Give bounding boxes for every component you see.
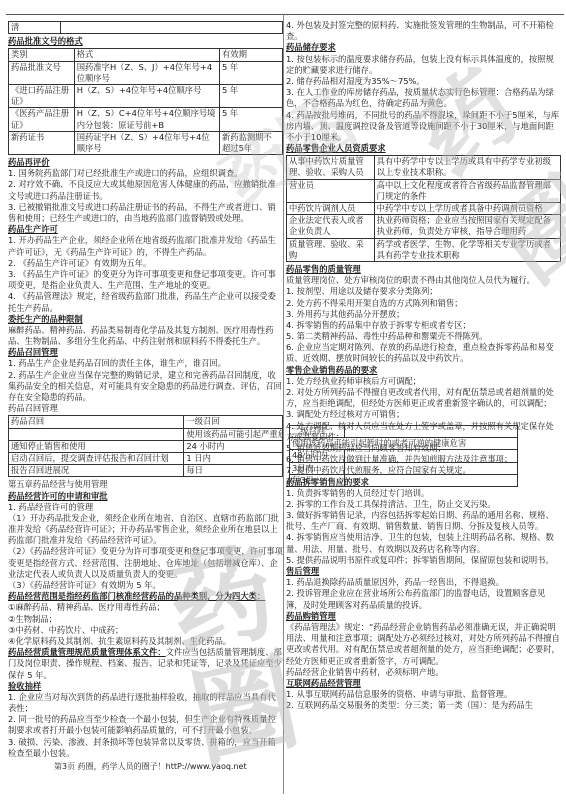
table-cell: 从事中药饮片质量管理、验收、采购人员 (287, 156, 375, 179)
paragraph: 2. 拆零的工作台及工具保持清洁、卫生，防止交叉污染。 (286, 499, 561, 510)
table-row: 从事中药饮片质量管理、验收、采购人员具有中药学中专以上学历或具有中药学专业初级以… (287, 156, 561, 179)
table-cell: 启动召回后，提交调查评估报告和召回计划 (9, 452, 184, 464)
table-row: 类别格式有效期 (9, 49, 283, 61)
table-cell: 3日内 (290, 462, 345, 474)
paragraph: 质量管理岗位、处方审核岗位的职责不得由其他岗位人员代为履行。 (286, 275, 561, 286)
table-row: 质量管理、验收、采购药学或者医学、生物、化学等相关专业学历或者具有药学专业技术职… (287, 238, 561, 261)
paragraph: 1. 企业应当对每次到货的药品进行逐批抽样验收，抽取的样品应当具有代表性； (8, 692, 283, 714)
paragraph: 3. 已被撤销批准文号或进口药品注册证书的药品，不得生产或者进口、销售和使用；已… (8, 202, 283, 224)
table-row: 使用该药品可能引起严重危害 (9, 428, 283, 440)
paragraph: （3）《药品经营许可证》有效期为 5 年。 (8, 580, 283, 591)
table-row: 3日内 (290, 462, 518, 474)
table-cell: 营业员 (287, 179, 375, 202)
paragraph: 2. 对处方所列药品不得擅自更改或者代用，对有配伍禁忌或者超剂量的处方，应当拒绝… (286, 387, 561, 409)
table-cell: 企业法定代表人或者企业负责人 (287, 215, 375, 238)
table-cell: 每日 (184, 465, 283, 477)
paragraph: 2. 互联网药品交易服务的类型：分三类；第一类（国）：是为药品生 (286, 700, 561, 711)
paragraph: 药品经营企业销售中药材，必须标明产地。 (286, 667, 561, 678)
table-cell: 类别 (9, 49, 75, 61)
paragraph: 2. 对疗效不确、不良反应大或其他原因危害人体健康的药品，应撤销批准文号或进口药… (8, 179, 283, 201)
paragraph: 2. 同一批号的药品应当至少检查一个最小包装，但生产企业有特殊质量控制要求或者打… (8, 714, 283, 736)
table-cell: 药品召回 (9, 416, 184, 428)
table-cell (344, 474, 517, 486)
paragraph: 4. 药品按批号堆码，不同批号的药品不得混垛，垛间距不小于5厘米，与库房内墙、顶… (286, 110, 561, 144)
section-heading: 药品生产许可 (8, 224, 283, 235)
table-cell (344, 450, 517, 462)
table-cell: 一级召回 (184, 416, 283, 428)
table-cell: 报告召回进展况 (9, 465, 184, 477)
table-cell: 5 年 (219, 61, 282, 84)
paragraph: 2. 《药品生产许可证》有效期为五年。 (8, 258, 283, 269)
table-cell: 新药监测期不超过5年 (219, 131, 282, 154)
paragraph: 4. 拆零销售应当使用洁净、卫生的包装，包装上注明药品名称、规格、数量、用法、用… (286, 532, 561, 554)
section-heading: 药品零售的质量管理 (286, 264, 561, 275)
paragraph: 3. 做好拆零销售记录，内容包括拆零起始日期、药品的通用名称、规格、批号、生产厂… (286, 510, 561, 532)
paragraph: 3. 外用药与其他药品分开摆放； (286, 309, 561, 320)
table-cell (9, 428, 184, 440)
section-heading: 药品召回管理 (8, 347, 283, 358)
table-cell: 使用该药品可能引起严重危害 (184, 428, 283, 440)
paragraph: 4. 《药品管理法》规定，经省级药监部门批准，药品生产企业可以接受委托生产药品。 (8, 291, 283, 313)
table-cell: 二级召回 (290, 426, 345, 438)
table-row: 中药饮片调剂人员中药学中专以上学历或者具备中药调剂员资格 (287, 203, 561, 215)
table-cell: 执业药师资格；企业应当按照国家有关规定配备执业药师，负责处方审核，指导合理用药 (374, 215, 560, 238)
section-heading: 药品再评价 (8, 157, 283, 168)
table-row: 营业员高中以上文化程度或者符合省级药品监督管理部门规定的条件 (287, 179, 561, 202)
paragraph: ③中药材、中药饮片、中成药； (8, 625, 283, 636)
table-row: 报告召回进展况每日 (9, 465, 283, 477)
table-cell: 国药准字H（Z、S、J）+4位年号+4位顺序号 (74, 61, 219, 84)
section-heading: 药品零售企业人员资质要求 (286, 143, 561, 154)
paragraph: 《药品管理法》规定：“药品经营企业销售药品必须准确无误，并正确说明用法、用量和注… (286, 622, 561, 667)
paragraph: 3. 调配处方经过核对方可销售； (286, 409, 561, 420)
stub-table: 清 (8, 21, 283, 34)
paragraph: 2. 储存药品相对湿度为35%～75%。 (286, 76, 561, 87)
table-cell: 质量管理、验收、采购 (287, 238, 375, 261)
paragraph: 2. 投诉管理企业应在营业场所公布药监部门的监督电话，设置顾客意见簿，及时处理顾… (286, 588, 561, 610)
table-cell: 5 年 (219, 84, 282, 107)
recall-table: 药品召回一级召回使用该药品可能引起严重危害通知停止销售和使用24 小时内启动召回… (8, 415, 283, 477)
table-cell: 中药饮片调剂人员 (287, 203, 375, 215)
paragraph: 1. 药品经营许可的管理 (8, 502, 283, 513)
paragraph: 6. 企业应当定期对陈列、存放的药品进行检查，重点检查拆零药品和易变质、近效期、… (286, 342, 561, 364)
bold-lead-text: 药品经营质量管理规范质量管理体系文件： (8, 647, 166, 657)
table-row: 《进口药品注册证》H（Z、S）+4位年号+4位顺序号5 年 (9, 84, 283, 107)
section-heading: 委托生产的品种限制 (8, 314, 283, 325)
paragraph: ④化学原料药及其制剂、抗生素原料药及其制剂、生化药品。 (8, 636, 283, 647)
left-column: 清药品批准文号的格式类别格式有效期药品批准文号国药准字H（Z、S、J）+4位年号… (8, 20, 283, 773)
paragraph: 第五章药品经营与使用管理 (8, 479, 283, 490)
table-cell: 48小时内 (290, 450, 345, 462)
table-cell (344, 462, 517, 474)
table-cell: 5 年 (219, 108, 282, 131)
section-heading: 药品经营许可的申请和审批 (8, 491, 283, 502)
paragraph: 4. 拆零销售的药品集中存放于拆零专柜或者专区； (286, 320, 561, 331)
table-row: 药品批准文号国药准字H（Z、S、J）+4位年号+4位顺序号5 年 (9, 61, 283, 84)
paragraph: （2）《药品经营许可证》变更分为许可事项变更和登记事项变更，许可事项变更是指经营… (8, 546, 283, 580)
paragraph: 5. 提供药品说明书原件或复印件；拆零销售期间，保留原包装和说明书。 (286, 555, 561, 566)
table-cell (344, 426, 517, 438)
paragraph: 1. 从事互联网药品信息服务的资格、申请与审批、监督管理。 (286, 689, 561, 700)
table-row: 《医药产品注册证》H（Z、S）C+4位年号+4位顺序号境内分包装：原证号前+B5… (9, 108, 283, 131)
table-cell: 药品批准文号 (9, 61, 75, 84)
paragraph: ②生物制品； (8, 614, 283, 625)
table-cell: 中药学中专以上学历或者具备中药调剂员资格 (374, 203, 560, 215)
paragraph: （1）开办药品批发企业，须经企业所在地省、自治区、直辖市药监部门批准并发给《药品… (8, 513, 283, 547)
table-cell: 国药证字H（Z、S）+4位年号+4位顺序号 (74, 131, 219, 154)
table-cell: 《医药产品注册证》 (9, 108, 75, 131)
paragraph: 1. 处方经执业药师审核后方可调配； (286, 376, 561, 387)
table-cell: 高中以上文化程度或者符合省级药品监督管理部门规定的条件 (374, 179, 560, 202)
paragraph: 3. 破损、污染、渗液、封条损坏等包装异常以及零货、拼箱的，应当开箱检查至最小包… (8, 737, 283, 759)
paragraph: 3. 在人工作业的库房储存药品，按质量状态实行色标管理：合格药品为绿色，不合格药… (286, 87, 561, 109)
table-cell: 使用该药品可能引起暂时的或者可逆的健康危害 (290, 438, 518, 450)
paragraph: 4. 外包装及封签完整的原料药、实施批签发管理的生物制品，可不开箱检查。 (286, 20, 561, 42)
section-heading: 售后管理 (286, 566, 561, 577)
paragraph: 1. 按包装标示的温度要求储存药品，包装上没有标示具体温度的，按照规定的贮藏要求… (286, 54, 561, 76)
table-row: 48小时内 (290, 450, 518, 462)
table-cell: 有效期 (219, 49, 282, 61)
table-cell: 新药证书 (9, 131, 75, 154)
page-top-rule (6, 14, 564, 15)
recall-level2-overlay-table: 二级召回使用该药品可能引起暂时的或者可逆的健康危害48小时内3日内每3日 (289, 424, 518, 489)
table-cell: 通知停止销售和使用 (9, 440, 184, 452)
table-cell: 具有中药学中专以上学历或具有中药学专业初级以上专业技术职称。 (374, 156, 560, 179)
section-heading: 互联网药品经营管理 (286, 678, 561, 689)
paragraph: 1. 负责拆零销售的人员经过专门培训。 (286, 488, 561, 499)
table-cell: 1 日内 (184, 452, 283, 464)
paragraph: 麻醉药品、精神药品、药品类易制毒化学品及其复方制剂、医疗用毒性药品、生物制品、多… (8, 325, 283, 347)
right-column: 4. 外包装及封签完整的原料药、实施批签发管理的生物制品，可不开箱检查。药品储存… (286, 20, 561, 711)
table-cell: 清 (9, 22, 61, 34)
table-row: 使用该药品可能引起暂时的或者可逆的健康危害 (290, 438, 518, 450)
paragraph: 2. 药品生产企业应当保存完整的购销记录，建立和完善药品召回制度，收集药品安全的… (8, 370, 283, 404)
paragraph: 1. 开办药品生产企业，须经企业所在地省级药监部门批准并发给《药品生产许可证》，… (8, 235, 283, 257)
paragraph: 2. 处方药不得采用开架自选的方式陈列和销售； (286, 298, 561, 309)
table-cell: 药学或者医学、生物、化学等相关专业学历或者具有药学专业技术职称 (374, 238, 560, 261)
column-divider-rule (283, 14, 284, 794)
table-cell: 24 小时内 (184, 440, 283, 452)
page-footer: 第3页 药圈，药学人员的圈子！httP://www.yaoq.net (8, 762, 283, 773)
paragraph: 1. 药品生产企业是药品召回的责任主体，谁生产，谁召回。 (8, 358, 283, 369)
table-cell: 每3日 (290, 474, 345, 486)
paragraph: 3. 《药品生产许可证》的变更分为许可事项变更和登记事项变更。许可事项变更，是指… (8, 269, 283, 291)
table-row: 二级召回 (290, 426, 518, 438)
paragraph: 1. 国务院药监部门对已经批准生产或进口的药品，应组织调查。 (8, 168, 283, 179)
section-heading: 零售企业销售药品的要求 (286, 365, 561, 376)
personnel-table: 从事中药饮片质量管理、验收、采购人员具有中药学中专以上学历或具有中药学专业初级以… (286, 155, 561, 262)
table-row: 药品召回一级召回 (9, 416, 283, 428)
section-heading: 验收抽样 (8, 681, 283, 692)
paragraph: 药品经营质量管理规范质量管理体系文件：文件应当包括质量管理制度、部门及岗位职责、… (8, 647, 283, 681)
paragraph: 1. 药品退换除药品质量原因外，药品一经售出，不得退换。 (286, 577, 561, 588)
section-heading: 药品经营范围是指经药监部门核准经营药品的品种类别，分为四大类： (8, 591, 283, 602)
table-row: 每3日 (290, 474, 518, 486)
recall-level2-table: 二级召回使用该药品可能引起暂时的或者可逆的健康危害48小时内3日内每3日 (289, 425, 518, 487)
table-cell: 格式 (74, 49, 219, 61)
table-cell (61, 22, 283, 34)
paragraph: ①麻醉药品、精神药品、医疗用毒性药品； (8, 602, 283, 613)
section-heading: 药品购销管理 (286, 611, 561, 622)
paragraph: 1. 按剂型、用途以及储存要求分类陈列； (286, 286, 561, 297)
section-heading: 药品储存要求 (286, 42, 561, 53)
paragraph: 药品召回管理 (8, 403, 283, 414)
table-row: 启动召回后，提交调查评估报告和召回计划1 日内 (9, 452, 283, 464)
table-cell: H（Z、S）C+4位年号+4位顺序号境内分包装：原证号前+B (74, 108, 219, 131)
table-row: 企业法定代表人或者企业负责人执业药师资格；企业应当按照国家有关规定配备执业药师，… (287, 215, 561, 238)
table-cell: H（Z、S）+4位年号+4位顺序号 (74, 84, 219, 107)
table-row: 通知停止销售和使用24 小时内 (9, 440, 283, 452)
section-heading: 药品批准文号的格式 (8, 36, 283, 47)
approval-number-table: 类别格式有效期药品批准文号国药准字H（Z、S、J）+4位年号+4位顺序号5 年《… (8, 48, 283, 155)
table-row: 清 (9, 22, 283, 34)
table-cell: 《进口药品注册证》 (9, 84, 75, 107)
table-row: 新药证书国药证字H（Z、S）+4位年号+4位顺序号新药监测期不超过5年 (9, 131, 283, 154)
paragraph: 5. 第二类精神药品、毒性中药品种和罂粟壳不得陈列。 (286, 331, 561, 342)
